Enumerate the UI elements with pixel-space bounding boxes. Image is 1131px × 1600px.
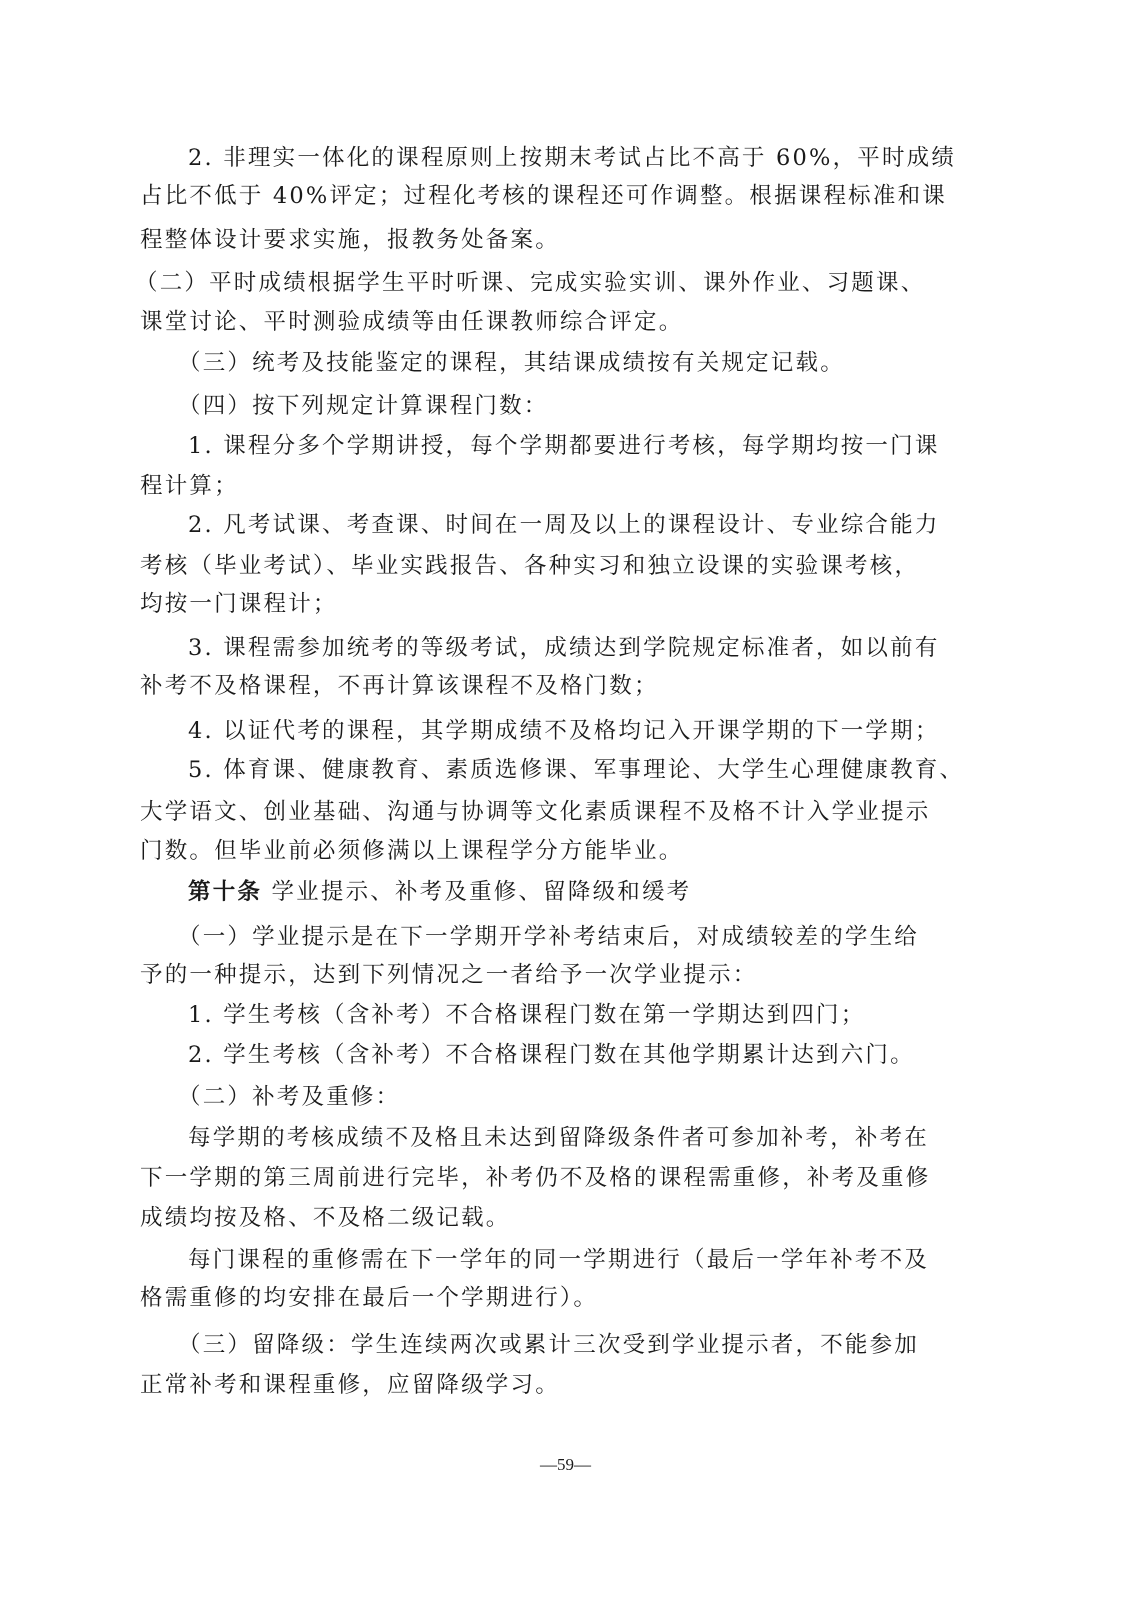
paragraph-line: （一）学业提示是在下一学期开学补考结束后，对成绩较差的学生给 <box>178 922 1018 952</box>
paragraph-line: 正常补考和课程重修，应留降级学习。 <box>140 1370 980 1400</box>
paragraph-line: （三）留降级：学生连续两次或累计三次受到学业提示者，不能参加 <box>178 1330 1018 1360</box>
paragraph-line: 考核（毕业考试）、毕业实践报告、各种实习和独立设课的实验课考核， <box>140 551 980 581</box>
paragraph-line: 补考不及格课程，不再计算该课程不及格门数； <box>140 671 980 701</box>
paragraph-line: 4. 以证代考的课程，其学期成绩不及格均记入开课学期的下一学期； <box>188 716 1028 746</box>
paragraph-line: （二）平时成绩根据学生平时听课、完成实验实训、课外作业、习题课、 <box>135 268 975 298</box>
paragraph-line: 大学语文、创业基础、沟通与协调等文化素质课程不及格不计入学业提示 <box>140 797 980 827</box>
page-number: —59— <box>0 1455 1131 1475</box>
paragraph-line: 成绩均按及格、不及格二级记载。 <box>140 1203 980 1233</box>
paragraph-line: 程整体设计要求实施，报教务处备案。 <box>140 225 980 255</box>
paragraph-line: 程计算； <box>140 471 980 501</box>
paragraph-line: （二）补考及重修： <box>178 1082 1018 1112</box>
paragraph-line: 2. 非理实一体化的课程原则上按期末考试占比不高于 60%，平时成绩 <box>188 143 1028 173</box>
paragraph-line: 予的一种提示，达到下列情况之一者给予一次学业提示： <box>140 960 980 990</box>
paragraph-line: 2. 学生考核（含补考）不合格课程门数在其他学期累计达到六门。 <box>188 1040 1028 1070</box>
paragraph-line: （四）按下列规定计算课程门数： <box>178 391 1018 421</box>
paragraph-line: 1. 课程分多个学期讲授，每个学期都要进行考核，每学期均按一门课 <box>188 431 1028 461</box>
paragraph-line: 格需重修的均安排在最后一个学期进行）。 <box>140 1283 980 1313</box>
paragraph-line: 均按一门课程计； <box>140 589 980 619</box>
paragraph-line: 门数。但毕业前必须修满以上课程学分方能毕业。 <box>140 836 980 866</box>
article-heading-line: 第十条 学业提示、补考及重修、留降级和缓考 <box>188 877 1028 907</box>
paragraph-line: 5. 体育课、健康教育、素质选修课、军事理论、大学生心理健康教育、 <box>188 755 1028 785</box>
paragraph-line: 每学期的考核成绩不及格且未达到留降级条件者可参加补考，补考在 <box>188 1123 1028 1153</box>
paragraph-line: 每门课程的重修需在下一学年的同一学期进行（最后一学年补考不及 <box>188 1245 1028 1275</box>
paragraph-line: 占比不低于 40%评定；过程化考核的课程还可作调整。根据课程标准和课 <box>140 181 980 211</box>
paragraph-line: 1. 学生考核（含补考）不合格课程门数在第一学期达到四门； <box>188 1000 1028 1030</box>
document-page: 2. 非理实一体化的课程原则上按期末考试占比不高于 60%，平时成绩 占比不低于… <box>0 0 1131 1600</box>
paragraph-line: （三）统考及技能鉴定的课程，其结课成绩按有关规定记载。 <box>178 348 1018 378</box>
paragraph-line: 下一学期的第三周前进行完毕，补考仍不及格的课程需重修，补考及重修 <box>140 1163 980 1193</box>
paragraph-line: 3. 课程需参加统考的等级考试，成绩达到学院规定标准者，如以前有 <box>188 633 1028 663</box>
article-number: 第十条 <box>188 879 262 905</box>
paragraph-line: 课堂讨论、平时测验成绩等由任课教师综合评定。 <box>140 307 980 337</box>
article-title: 学业提示、补考及重修、留降级和缓考 <box>271 879 691 905</box>
paragraph-line: 2. 凡考试课、考查课、时间在一周及以上的课程设计、专业综合能力 <box>188 510 1028 540</box>
